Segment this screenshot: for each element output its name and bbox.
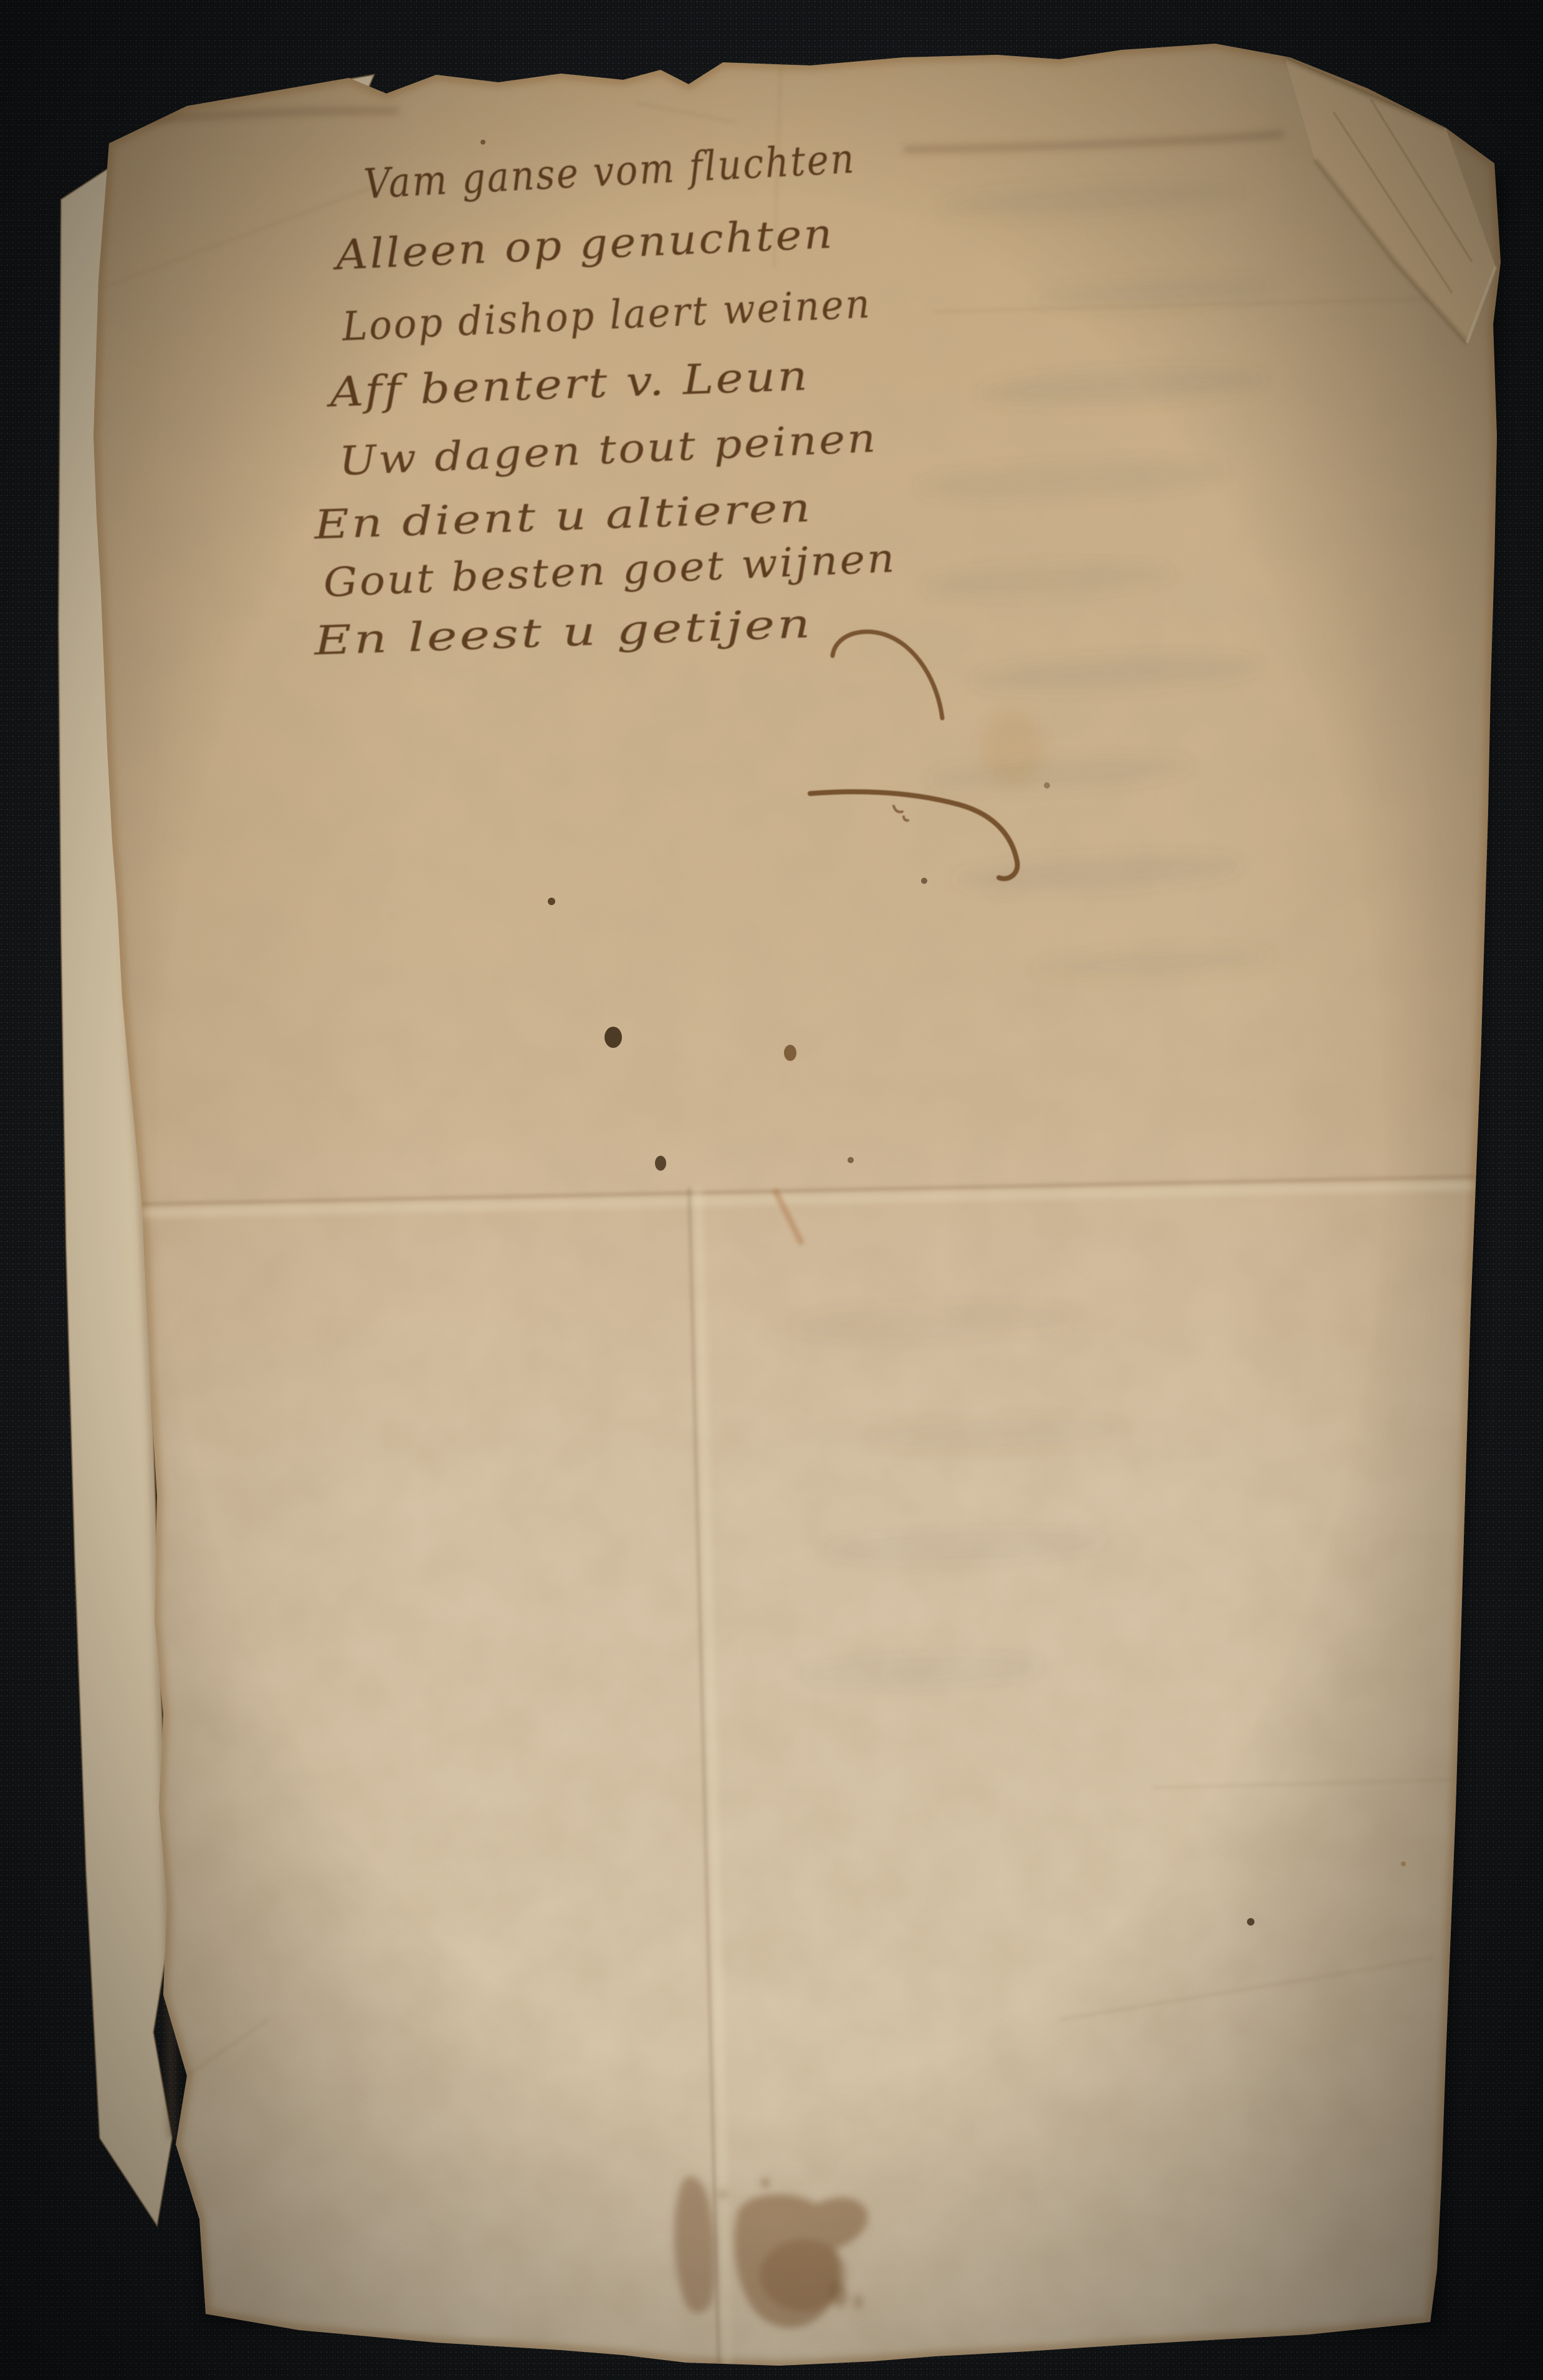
photo-vignette	[0, 0, 1543, 2380]
manuscript-photo: Vam ganse vom fluchten Alleen op genucht…	[0, 0, 1543, 2380]
manuscript-photo-canvas: Vam ganse vom fluchten Alleen op genucht…	[0, 0, 1543, 2380]
